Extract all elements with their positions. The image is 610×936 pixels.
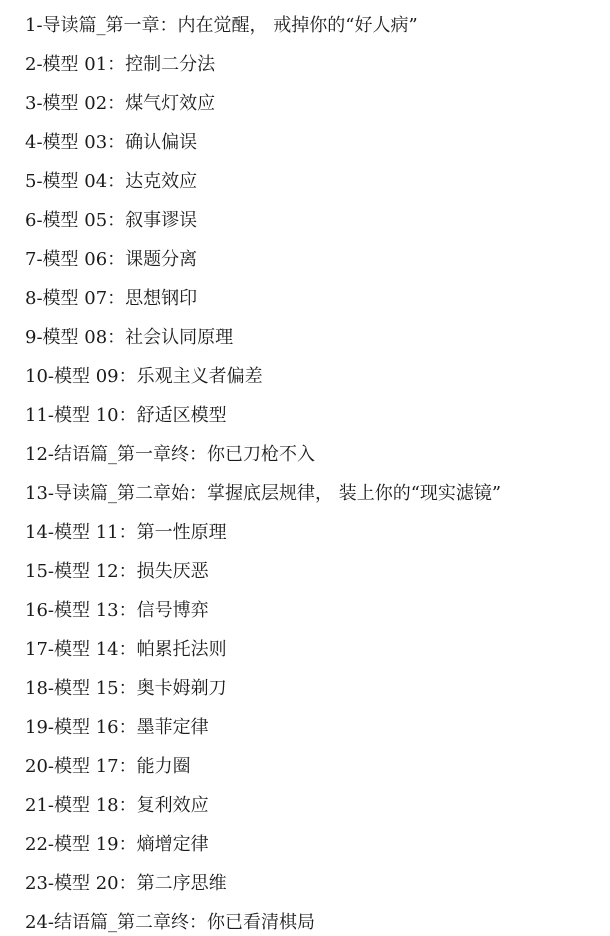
toc-item-12: 12-结语篇_第一章终：你已刀枪不入 [25,435,501,474]
toc-item-4: 4-模型 03：确认偏误 [25,123,501,162]
toc-item-10: 10-模型 09：乐观主义者偏差 [25,357,501,396]
toc-item-3: 3-模型 02：煤气灯效应 [25,84,501,123]
toc-item-22: 22-模型 19：熵增定律 [25,825,501,864]
toc-item-15: 15-模型 12：损失厌恶 [25,552,501,591]
toc-item-1: 1-导读篇_第一章：内在觉醒， 戒掉你的“好人病” [25,6,501,45]
toc-item-17: 17-模型 14：帕累托法则 [25,630,501,669]
toc-item-16: 16-模型 13：信号博弈 [25,591,501,630]
toc-item-8: 8-模型 07：思想钢印 [25,279,501,318]
table-of-contents: 1-导读篇_第一章：内在觉醒， 戒掉你的“好人病” 2-模型 01：控制二分法 … [25,6,501,936]
toc-item-6: 6-模型 05：叙事谬误 [25,201,501,240]
toc-item-5: 5-模型 04：达克效应 [25,162,501,201]
toc-item-20: 20-模型 17：能力圈 [25,747,501,786]
toc-item-24: 24-结语篇_第二章终：你已看清棋局 [25,903,501,936]
toc-item-21: 21-模型 18：复利效应 [25,786,501,825]
toc-item-7: 7-模型 06：课题分离 [25,240,501,279]
toc-item-9: 9-模型 08：社会认同原理 [25,318,501,357]
toc-item-18: 18-模型 15：奥卡姆剃刀 [25,669,501,708]
toc-item-13: 13-导读篇_第二章始：掌握底层规律， 装上你的“现实滤镜” [25,474,501,513]
toc-item-23: 23-模型 20：第二序思维 [25,864,501,903]
toc-item-2: 2-模型 01：控制二分法 [25,45,501,84]
toc-item-11: 11-模型 10：舒适区模型 [25,396,501,435]
toc-item-19: 19-模型 16：墨菲定律 [25,708,501,747]
toc-item-14: 14-模型 11：第一性原理 [25,513,501,552]
